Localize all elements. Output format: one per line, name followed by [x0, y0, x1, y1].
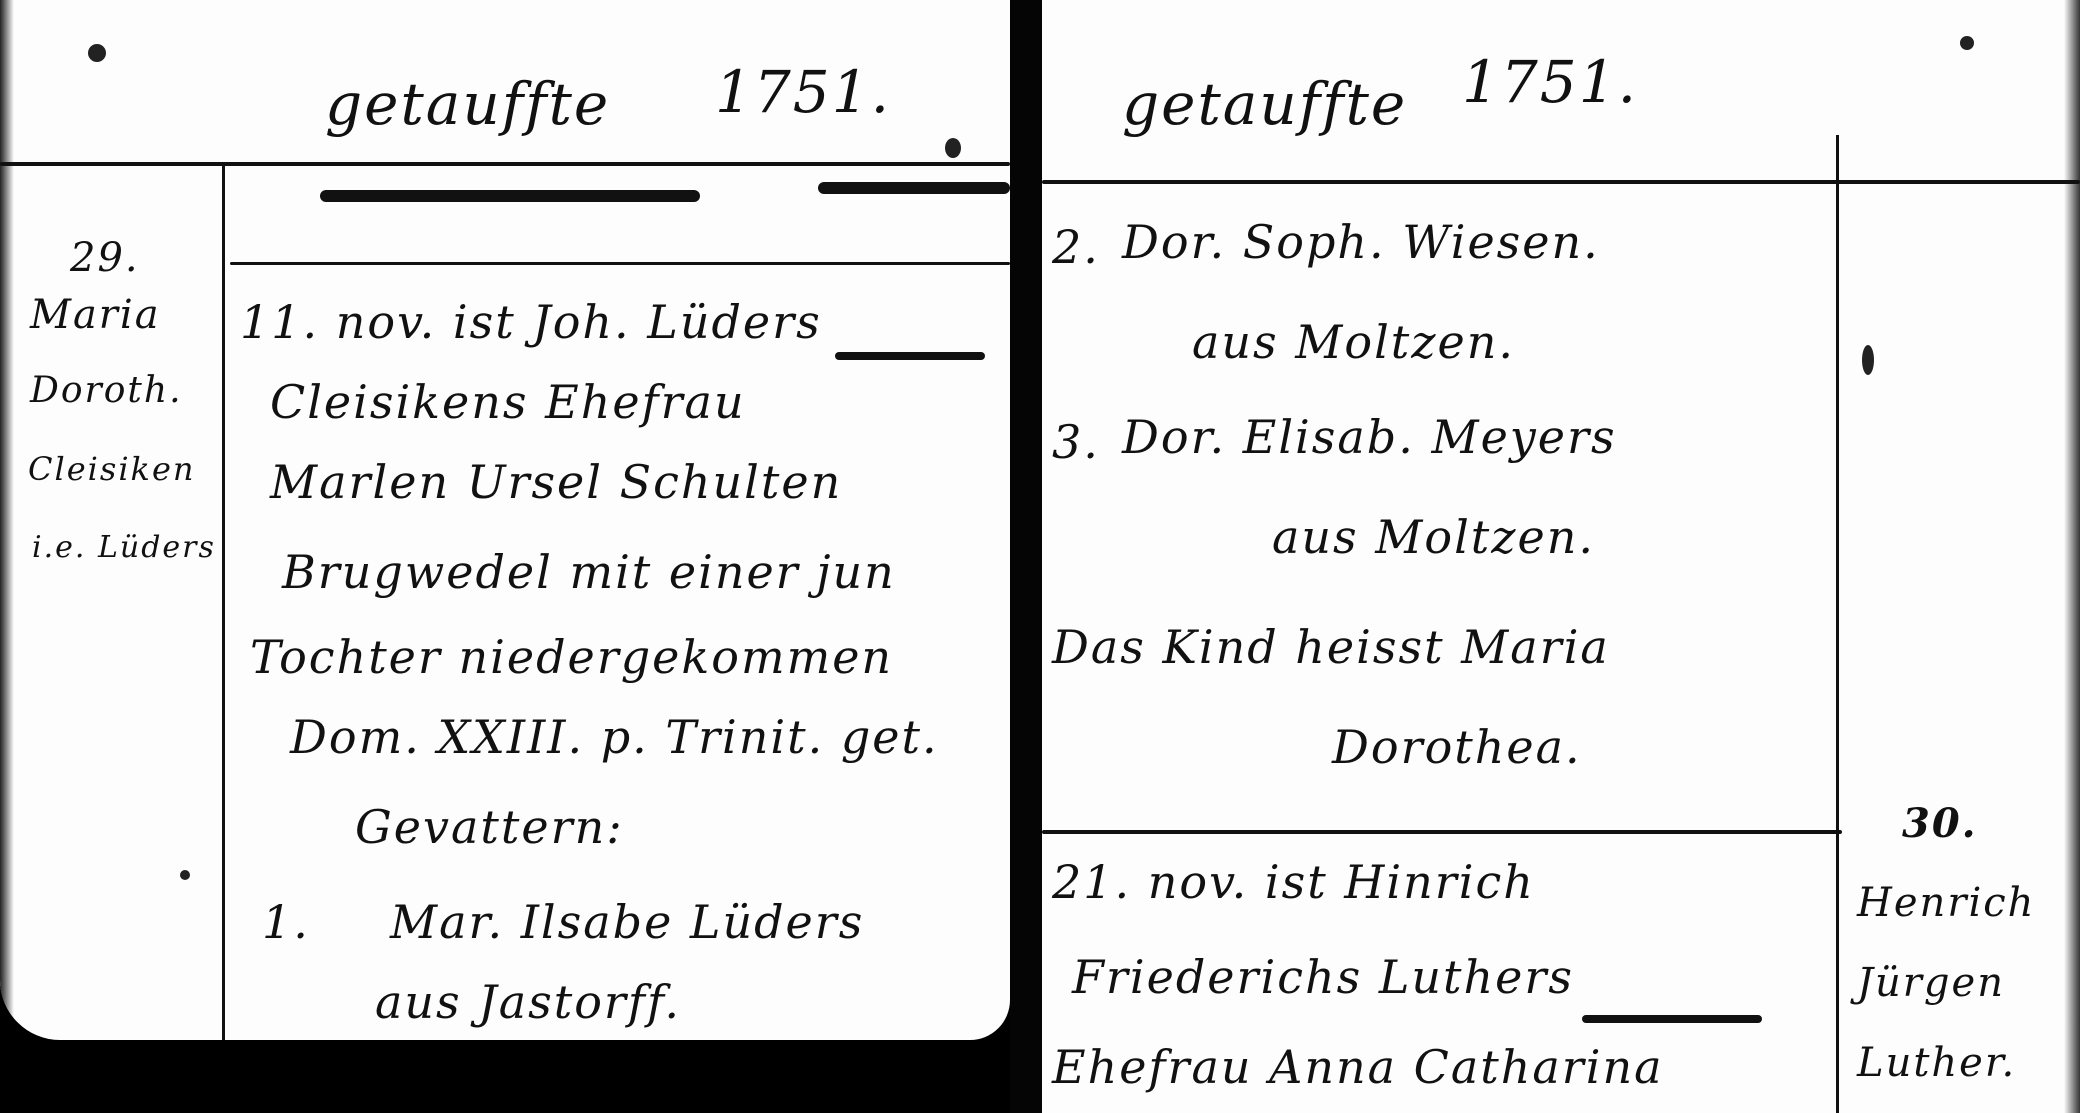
- entry-line: Tochter niedergekommen: [250, 630, 893, 684]
- entry-top-rule: [230, 262, 1010, 265]
- entry-line: Friederichs Luthers: [1072, 950, 1574, 1004]
- book-gutter: [1010, 0, 1042, 1113]
- ink-speck: [88, 44, 106, 62]
- ink-speck: [1960, 36, 1974, 50]
- godparent-line: Dor. Elisab. Meyers: [1122, 410, 1617, 464]
- margin-name-line: Jürgen: [1857, 960, 2005, 1006]
- godparent-number: 1.: [262, 895, 310, 949]
- margin-name-line: Cleisiken: [28, 450, 195, 488]
- entry-number: 29.: [70, 235, 140, 281]
- entry-number: 30.: [1902, 800, 1978, 847]
- margin-name-line: Luther.: [1857, 1040, 2016, 1086]
- entry-line: Ehefrau Anna Catharina: [1052, 1040, 1664, 1094]
- godparent-line: Mar. Ilsabe Lüders: [390, 895, 864, 949]
- godparents-label: Gevattern:: [355, 800, 624, 854]
- header-title: getauffte: [325, 70, 610, 138]
- child-name-line: Dorothea.: [1332, 720, 1582, 774]
- margin-name-line: i.e. Lüders: [32, 530, 216, 565]
- godparent-line: aus Moltzen.: [1192, 315, 1515, 369]
- entry-line: Cleisikens Ehefrau: [270, 375, 746, 429]
- header-year: 1751.: [1462, 48, 1638, 116]
- ink-speck: [945, 138, 961, 158]
- margin-name-line: Maria: [30, 292, 161, 338]
- header-title: getauffte: [1122, 70, 1407, 138]
- ink-speck: [1862, 345, 1874, 375]
- margin-column-divider: [222, 162, 225, 1040]
- godparent-number: 2.: [1052, 220, 1100, 274]
- entry-line: 11. nov. ist Joh. Lüders: [240, 295, 822, 349]
- godparent-number: 3.: [1052, 415, 1100, 469]
- godparent-line: aus Jastorff.: [375, 975, 681, 1029]
- header-rule: [1042, 180, 2080, 184]
- ink-speck: [180, 870, 190, 880]
- child-name-line: Das Kind heisst Maria: [1052, 620, 1610, 674]
- header-underline: [320, 190, 700, 202]
- margin-name-line: Doroth.: [30, 370, 183, 411]
- left-page-edge-shadow: [0, 0, 14, 1040]
- header-year: 1751.: [715, 58, 891, 126]
- margin-column-divider: [1836, 135, 1839, 1113]
- left-page: getauffte 1751. 29. Maria Doroth. Cleisi…: [0, 0, 1010, 1040]
- margin-name-line: Henrich: [1857, 880, 2035, 926]
- entry-line: 21. nov. ist Hinrich: [1052, 855, 1535, 909]
- name-underline: [835, 352, 985, 360]
- entry-line: Dom. XXIII. p. Trinit. get.: [290, 710, 939, 764]
- entry-separator-rule: [1042, 830, 1842, 834]
- godparent-line: aus Moltzen.: [1272, 510, 1595, 564]
- entry-line: Marlen Ursel Schulten: [270, 455, 842, 509]
- right-page-edge-shadow: [2064, 0, 2080, 1113]
- entry-line: Brugwedel mit einer jun: [282, 545, 896, 599]
- right-page: getauffte 1751. 2. Dor. Soph. Wiesen. au…: [1042, 0, 2080, 1113]
- header-rule: [0, 162, 1010, 166]
- godparent-line: Dor. Soph. Wiesen.: [1122, 215, 1600, 269]
- header-underline: [818, 182, 1010, 194]
- name-underline: [1582, 1015, 1762, 1023]
